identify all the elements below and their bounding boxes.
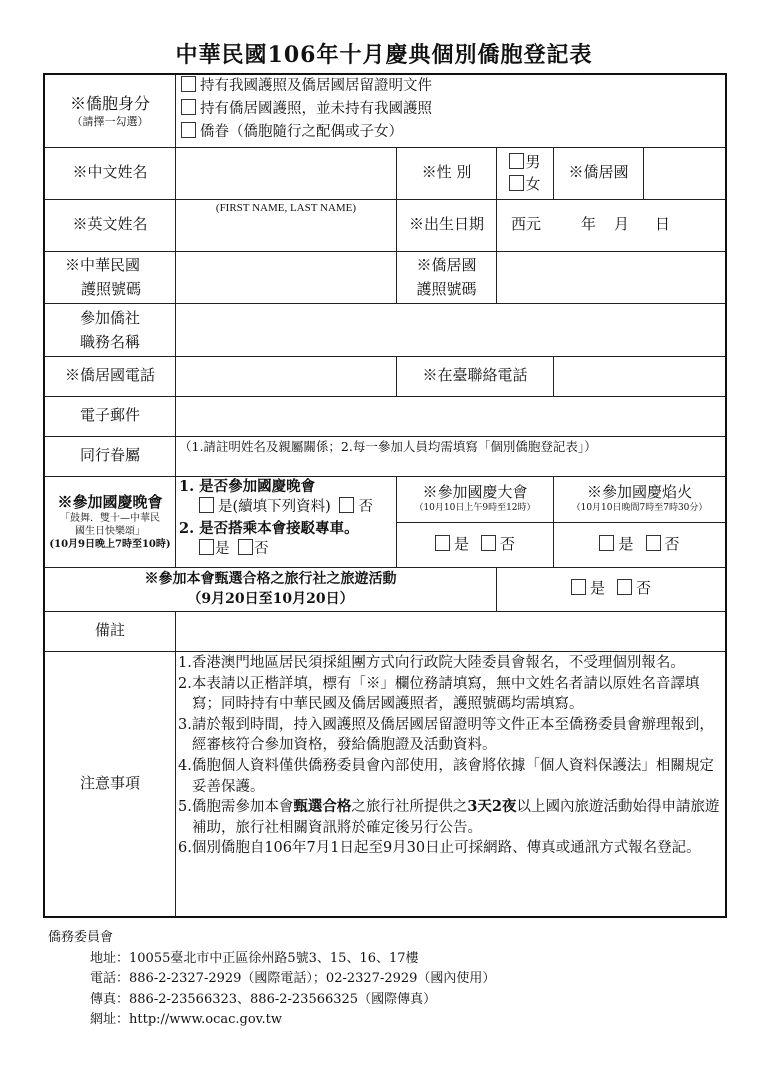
tour-label: ※參加本會甄選合格之旅行社之旅遊活動 [145,569,397,589]
fireworks-yes[interactable]: 是 [599,534,633,556]
email-field[interactable] [176,396,725,436]
checkbox[interactable] [599,535,614,551]
residence-phone-label: ※僑居國電話 [45,356,175,396]
tour-yes[interactable]: 是 [571,578,605,600]
note-item-2: 2.本表請以正楷詳填，標有「※」欄位務請填寫，無中文姓名者請以原姓名音譯填寫；同… [178,674,724,715]
taiwan-phone-label: ※在臺聯絡電話 [397,356,553,396]
gender-label: ※性 別 [397,147,496,199]
identity-option-2[interactable]: 持有僑居國護照，並未持有我國護照 [181,98,432,121]
fireworks-no[interactable]: 否 [646,534,680,556]
checkbox[interactable] [181,99,196,115]
shuttle-no[interactable]: 否 [238,541,269,557]
checkbox[interactable] [199,539,214,555]
footer-contact: 僑務委員會 地址：10055臺北市中正區徐州路5號3、15、16、17樓 電話：… [48,928,495,1031]
checkbox[interactable] [435,535,450,551]
email-label: 電子郵件 [45,396,175,436]
checkbox[interactable] [571,579,586,595]
fireworks-options: 是 否 [554,522,725,567]
residence-passport-label: ※僑居國 護照號碼 [397,251,496,303]
identity-option-3[interactable]: 僑眷（僑胞隨行之配偶或子女） [181,121,403,144]
gala-label-cell: ※參加國慶晚會 「鼓舞．雙十—中華民 國生日快樂頌」 (10月9日晚上7時至10… [45,476,175,567]
ceremony-yes[interactable]: 是 [435,534,469,556]
registration-form-table: ※僑胞身分 （請擇一勾選） 持有我國護照及僑居國居留證明文件 持有僑居國護照，並… [43,73,727,918]
ceremony-no[interactable]: 否 [481,534,515,556]
remarks-label: 備註 [45,611,175,651]
footer-address: 地址：10055臺北市中正區徐州路5號3、15、16、17樓 [48,949,495,970]
residence-passport-field[interactable] [497,251,725,303]
english-name-label: ※英文姓名 [45,199,175,251]
residence-country-label: ※僑居國 [554,147,643,199]
gala-attend-no[interactable]: 否 [339,499,373,515]
roc-passport-field[interactable] [176,251,396,303]
gala-label: ※參加國慶晚會 [57,492,162,512]
gender-option-male[interactable]: 男 [509,151,540,173]
chinese-name-field[interactable] [176,147,396,199]
checkbox[interactable] [339,497,354,513]
chinese-name-label: ※中文姓名 [45,147,175,199]
companions-label: 同行眷屬 [45,436,175,476]
shuttle-yes[interactable]: 是 [199,541,230,557]
english-name-hint: (FIRST NAME, LAST NAME) [216,201,356,217]
footer-org: 僑務委員會 [48,928,495,949]
gala-attend-yes[interactable]: 是(續填下列資料) [199,499,331,515]
checkbox[interactable] [181,122,196,138]
checkbox[interactable] [238,539,253,555]
gala-questions: 1. 是否參加國慶晚會 是(續填下列資料) 否 2. 是否搭乘本會接駁專車。 是… [179,476,396,567]
tour-options: 是 否 [497,567,725,611]
roc-passport-label: ※中華民國 護照號碼 [45,251,175,303]
tour-dates: （9月20日至10月20日） [187,589,353,609]
checkbox[interactable] [509,153,524,169]
checkbox[interactable] [509,175,524,191]
note-item-3: 3.請於報到時間，持入國護照及僑居國居留證明等文件正本至僑務委員會辦理報到，經審… [178,715,724,756]
identity-label-cell: ※僑胞身分 （請擇一勾選） [45,75,175,147]
companions-field[interactable]: （1.請註明姓名及親屬關係；2.每一參加人員均需填寫「個別僑胞登記表」） [179,436,725,476]
checkbox[interactable] [481,535,496,551]
checkbox[interactable] [646,535,661,551]
gender-option-female[interactable]: 女 [509,173,540,195]
residence-country-field[interactable] [644,147,725,199]
identity-label: ※僑胞身分 [70,92,150,115]
identity-option-1[interactable]: 持有我國護照及僑居國居留證明文件 [181,75,432,98]
note-item-1: 1.香港澳門地區居民須採組團方式向行政院大陸委員會報名，不受理個別報名。 [178,653,724,674]
notes-list: 1.香港澳門地區居民須採組團方式向行政院大陸委員會報名，不受理個別報名。 2.本… [178,653,724,859]
ceremony-options: 是 否 [397,522,553,567]
birth-date-field[interactable]: 西元 年 月 日 [497,199,725,251]
checkbox[interactable] [617,579,632,595]
org-position-label: 參加僑社 職務名稱 [45,303,175,356]
gender-options: 男 女 [497,147,553,199]
ceremony-label: ※參加國慶大會 [422,483,527,503]
tour-no[interactable]: 否 [617,578,651,600]
residence-phone-field[interactable] [176,356,396,396]
fireworks-label-cell: ※參加國慶焰火 （10月10日晚間7時至7時30分） [554,476,725,522]
notes-label: 注意事項 [45,651,175,916]
identity-hint: （請擇一勾選） [72,115,149,129]
english-name-field[interactable]: (FIRST NAME, LAST NAME) [176,199,396,251]
taiwan-phone-field[interactable] [554,356,725,396]
footer-phone: 電話：886-2-2327-2929（國際電話）；02-2327-2929（國內… [48,969,495,990]
fireworks-label: ※參加國慶焰火 [587,483,692,503]
note-item-6: 6.個別僑胞自106年7月1日起至9月30日止可採網路、傳真或通訊方式報名登記。 [178,838,724,859]
form-title: 中華民國106年十月慶典個別僑胞登記表 [0,38,768,69]
checkbox[interactable] [181,76,196,92]
note-item-4: 4.僑胞個人資料僅供僑務委員會內部使用，該會將依據「個人資料保護法」相關規定妥善… [178,756,724,797]
companions-hint: （1.請註明姓名及親屬關係；2.每一參加人員均需填寫「個別僑胞登記表」） [179,438,597,456]
footer-fax: 傳真：886-2-23566323、886-2-23566325（國際傳真） [48,990,495,1011]
remarks-field[interactable] [176,611,725,651]
ceremony-label-cell: ※參加國慶大會 （10月10日上午9時至12時） [397,476,553,522]
tour-label-cell: ※參加本會甄選合格之旅行社之旅遊活動 （9月20日至10月20日） [45,567,496,611]
note-item-5: 5.僑胞需參加本會甄選合格之旅行社所提供之3天2夜以上國內旅遊活動始得申請旅遊補… [178,797,724,838]
org-position-field[interactable] [176,303,725,356]
identity-options: 持有我國護照及僑居國居留證明文件 持有僑居國護照，並未持有我國護照 僑眷（僑胞隨… [181,75,721,147]
footer-website[interactable]: 網址：http://www.ocac.gov.tw [48,1010,495,1031]
checkbox[interactable] [199,497,214,513]
birth-date-label: ※出生日期 [397,199,496,251]
